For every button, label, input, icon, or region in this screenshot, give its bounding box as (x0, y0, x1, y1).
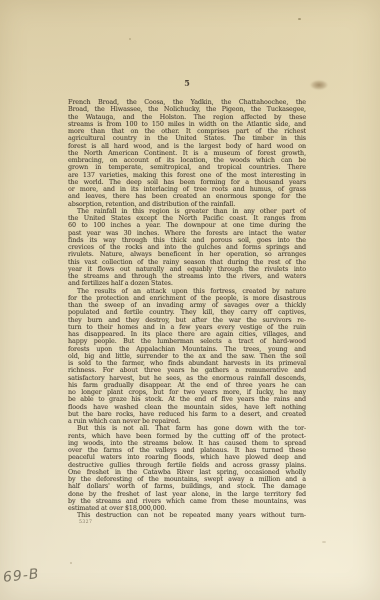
text-line: is sold to the farmer, who finds abundan… (68, 360, 306, 367)
text-line: ing woods, into the streams below. It ha… (68, 440, 306, 447)
text-line: satisfactory harvest, but he sees, as th… (68, 375, 306, 382)
text-line: the North American Continent. It is a mu… (68, 150, 306, 157)
text-line: forests upon the Appalachian Mountains. … (68, 346, 306, 353)
text-line: finds its way through this thick and por… (68, 237, 306, 244)
text-line: be able to graze his stock. At the end o… (68, 396, 306, 403)
text-line: rents, which have been formed by the cut… (68, 433, 306, 440)
text-line: or more, and in its interlacing of tree … (68, 186, 306, 193)
paper-speck (322, 541, 326, 543)
text-line: richness. For about three years he gathe… (68, 367, 306, 374)
text-line: and leaves, there has been created an en… (68, 193, 306, 200)
text-line: the United States except the North Pacif… (68, 215, 306, 222)
ink-smudge (310, 80, 328, 90)
text-line: more than that on the other. It comprise… (68, 128, 306, 135)
page-number: 5 (68, 78, 306, 88)
text-line: estimated at over $18,000,000. (68, 505, 306, 512)
text-line: One freshet in the Catawba River last sp… (68, 469, 306, 476)
paragraph: French Broad, the Coosa, the Yadkin, the… (68, 99, 306, 208)
text-line: grown in temperate, semitropical, and tr… (68, 164, 306, 171)
text-line: rivulets. Nature, always beneficent in h… (68, 251, 306, 258)
paper-speck (298, 18, 301, 20)
text-line: 60 to 100 inches a year. The downpour at… (68, 222, 306, 229)
text-line: the world. The deep soil has been formin… (68, 179, 306, 186)
text-line: French Broad, the Coosa, the Yadkin, the… (68, 99, 306, 106)
text-line: This destruction can not be repeated man… (68, 512, 306, 519)
text-line: streams is from 100 to 150 miles in widt… (68, 121, 306, 128)
printer-signature-mark: 5327 (79, 520, 92, 525)
page-text: French Broad, the Coosa, the Yadkin, the… (68, 99, 306, 520)
text-line: The results of an attack upon this fortr… (68, 288, 306, 295)
text-line: The rainfall in this region is greater t… (68, 208, 306, 215)
text-line: but the bare rocks, have reduced his far… (68, 411, 306, 418)
text-line: has disappeared. In its place there are … (68, 331, 306, 338)
text-line: done by the freshet of last year alone, … (68, 491, 306, 498)
text-line: happy people. But the lumberman selects … (68, 338, 306, 345)
text-line: over the farms of the valleys and platea… (68, 447, 306, 454)
text-line: floods have washed clean the mountain si… (68, 404, 306, 411)
text-line: embracing, on account of its location, t… (68, 157, 306, 164)
paragraph: This destruction can not be repeated man… (68, 512, 306, 519)
handwritten-pencil-note: 69-B (2, 566, 40, 586)
text-line: for the protection and enrichment of the… (68, 295, 306, 302)
text-line: and fertilizes half a dozen States. (68, 280, 306, 287)
paper-speck (129, 38, 131, 40)
text-line: turn to their homes and in a few years e… (68, 324, 306, 331)
text-line: this vast collection of the rainy season… (68, 259, 306, 266)
paragraph: The rainfall in this region is greater t… (68, 208, 306, 288)
text-line: crevices of the rocks and into the gulch… (68, 244, 306, 251)
text-line: peaceful waters into roaring floods, whi… (68, 454, 306, 461)
text-line: populated and fertile country. They kill… (68, 309, 306, 316)
text-line: by the streams and rivers which came fro… (68, 498, 306, 505)
text-line: destructive gullies through fertile fiel… (68, 462, 306, 469)
text-line: absorption, retention, and distribution … (68, 201, 306, 208)
text-line: by the deforesting of the mountains, swe… (68, 476, 306, 483)
text-line: Broad, the Hiwassee, the Nolichucky, the… (68, 106, 306, 113)
text-line: forest is all hard wood, and is the larg… (68, 143, 306, 150)
text-line: a ruin which can never be repaired. (68, 418, 306, 425)
text-line: his farm gradually disappear. At the end… (68, 382, 306, 389)
text-line: half dollars' worth of farms, buildings,… (68, 483, 306, 490)
text-line: than the sweep of an invading army of sa… (68, 302, 306, 309)
paragraph: But this is not all. That farm has gone … (68, 425, 306, 512)
text-line: are 137 varieties, making this forest on… (68, 172, 306, 179)
text-line: the Watauga, and the Holston. The region… (68, 114, 306, 121)
text-line: no longer plant crops, but for two years… (68, 389, 306, 396)
paper-speck (70, 562, 72, 564)
text-line: they burn and they destroy, but after th… (68, 317, 306, 324)
paragraph: The results of an attack upon this fortr… (68, 288, 306, 426)
text-line: old, big and little, surrender to the ax… (68, 353, 306, 360)
scanned-book-page: 5 French Broad, the Coosa, the Yadkin, t… (0, 0, 380, 600)
text-line: the streams and through the streams into… (68, 273, 306, 280)
text-line: But this is not all. That farm has gone … (68, 425, 306, 432)
text-line: agricultural country in the United State… (68, 135, 306, 142)
text-line: past year was 30 inches. Where the fores… (68, 230, 306, 237)
text-line: year it flows out naturally and equably … (68, 266, 306, 273)
